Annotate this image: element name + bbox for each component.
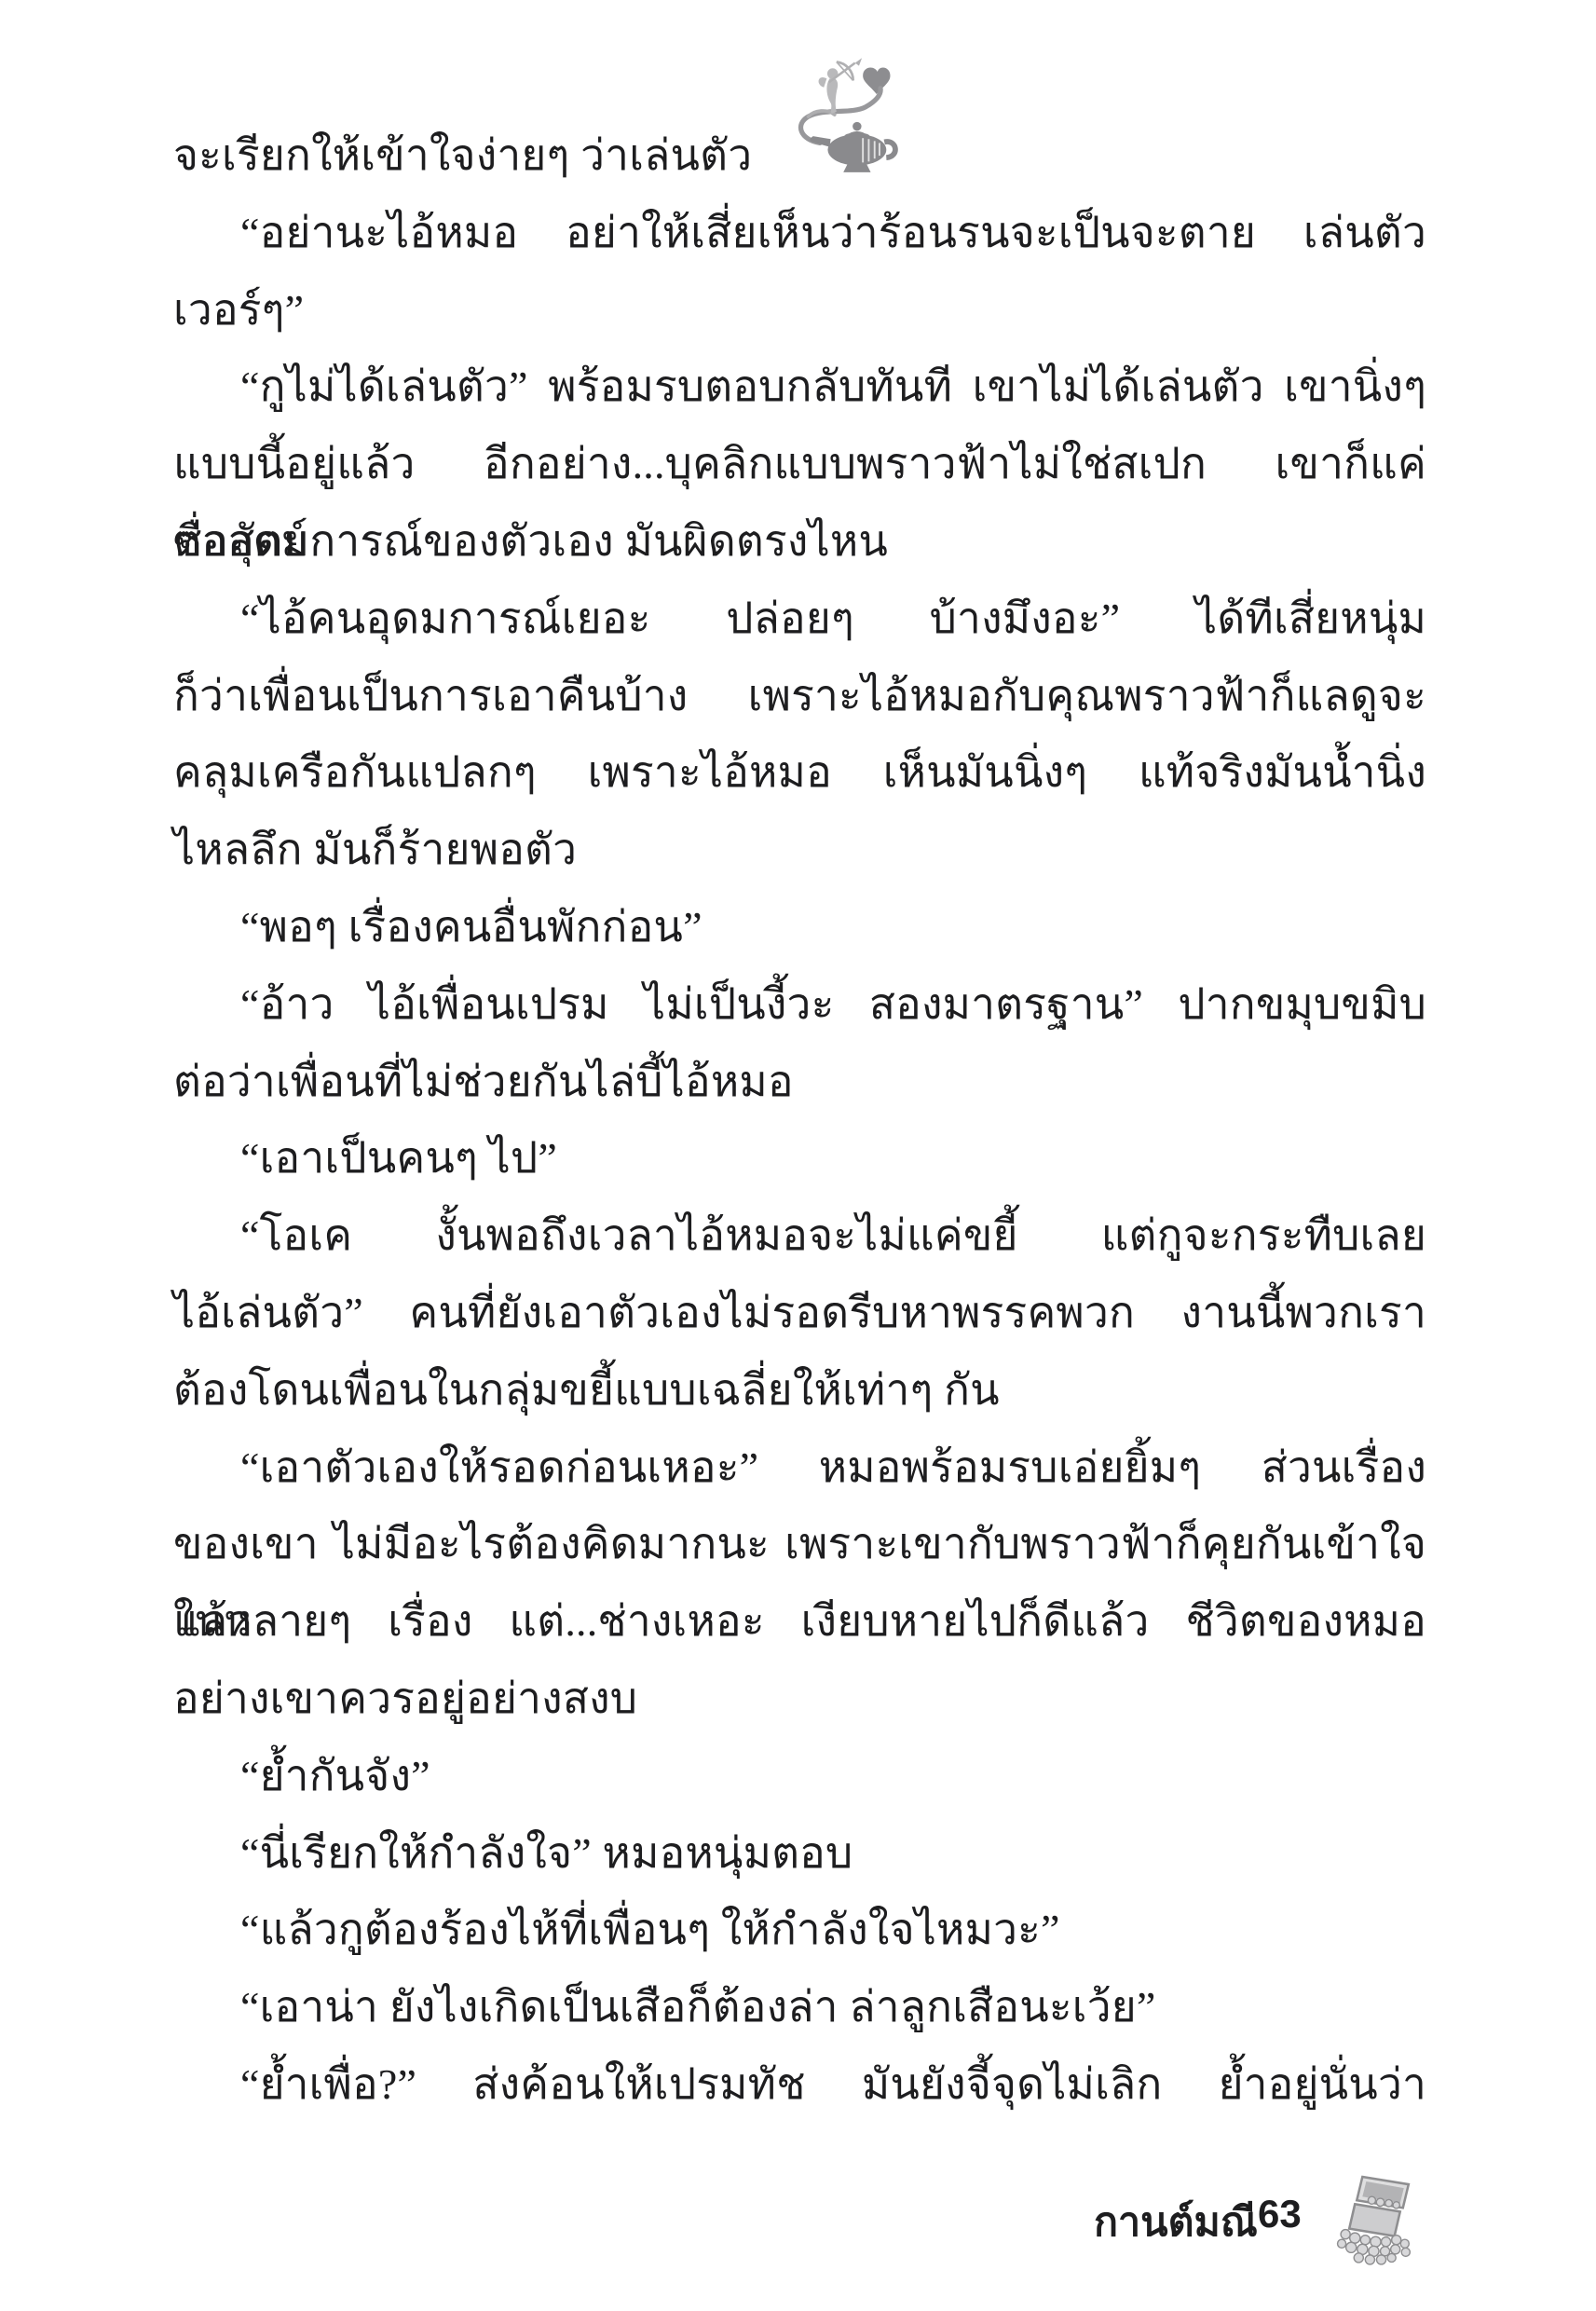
text-line-24: “แล้วกูต้องร้องไห้ที่เพื่อนๆ ให้กำลังใจไ…: [173, 1892, 1426, 1969]
text-line-7: “ไอ้คนอุดมการณ์เยอะ ปล่อยๆ บ้างมึงอะ” ได…: [173, 581, 1426, 658]
text-line-26: “ย้ำเพื่อ?” ส่งค้อนให้เปรมทัช มันยังจี้จ…: [173, 2046, 1426, 2124]
text-line-10: ไหลลึก มันก็ร้ายพอตัว: [173, 812, 1426, 889]
text-line-16: ไอ้เล่นตัว” คนที่ยังเอาตัวเองไม่รอดรีบหา…: [173, 1275, 1426, 1352]
heart-icon: [863, 68, 890, 95]
text-line-17: ต้องโดนเพื่อนในกลุ่มขยี้แบบเฉลี่ยให้เท่า…: [173, 1352, 1426, 1429]
text-line-23: “นี่เรียกให้กำลังใจ” หมอหนุ่มตอบ: [173, 1815, 1426, 1893]
text-line-8: ก็ว่าเพื่อนเป็นการเอาคืนบ้าง เพราะไอ้หมอ…: [173, 658, 1426, 735]
text-line-18: “เอาตัวเองให้รอดก่อนเหอะ” หมอพร้อมรบเอ่ย…: [173, 1429, 1426, 1507]
text-line-3: เวอร์ๆ”: [173, 272, 1426, 349]
cupid-icon: [819, 58, 863, 114]
treasure-chest-icon: [1334, 2171, 1424, 2272]
page-footer: กานต์มณี 63: [1071, 2169, 1435, 2277]
book-page: จะเรียกให้เข้าใจง่ายๆ ว่าเล่นตัว“อย่านะไ…: [0, 0, 1596, 2311]
text-line-5: แบบนี้อยู่แล้ว อีกอย่าง...บุคลิกแบบพราวฟ…: [173, 426, 1426, 503]
text-line-11: “พอๆ เรื่องคนอื่นพักก่อน”: [173, 889, 1426, 966]
text-line-1: จะเรียกให้เข้าใจง่ายๆ ว่าเล่นตัว: [173, 117, 1426, 195]
text-line-22: “ย้ำกันจัง”: [173, 1738, 1426, 1815]
book-title: กานต์มณี: [1094, 2190, 1258, 2253]
page-number: 63: [1258, 2192, 1302, 2236]
text-block: จะเรียกให้เข้าใจง่ายๆ ว่าเล่นตัว“อย่านะไ…: [173, 117, 1426, 2124]
text-line-19: ของเขา ไม่มีอะไรต้องคิดมากนะ เพราะเขากับ…: [173, 1506, 1426, 1583]
text-line-20: ในหลายๆ เรื่อง แต่...ช่างเหอะ เงียบหายไป…: [173, 1583, 1426, 1661]
text-line-6: ต่ออุดมการณ์ของตัวเอง มันผิดตรงไหน: [173, 503, 1426, 581]
text-line-2: “อย่านะไอ้หมอ อย่าให้เสี่ยเห็นว่าร้อนรนจ…: [173, 195, 1426, 272]
text-line-12: “อ้าว ไอ้เพื่อนเปรม ไม่เป็นงี้วะ สองมาตร…: [173, 966, 1426, 1044]
text-line-14: “เอาเป็นคนๆ ไป”: [173, 1120, 1426, 1197]
text-line-15: “โอเค งั้นพอถึงเวลาไอ้หมอจะไม่แค่ขยี้ แต…: [173, 1197, 1426, 1275]
text-line-21: อย่างเขาควรอยู่อย่างสงบ: [173, 1661, 1426, 1738]
text-line-13: ต่อว่าเพื่อนที่ไม่ช่วยกันไล่บี้ไอ้หมอ: [173, 1044, 1426, 1121]
text-line-9: คลุมเครือกันแปลกๆ เพราะไอ้หมอ เห็นมันนิ่…: [173, 734, 1426, 812]
text-line-25: “เอาน่า ยังไงเกิดเป็นเสือก็ต้องล่า ล่าลู…: [173, 1969, 1426, 2046]
text-line-4: “กูไม่ได้เล่นตัว” พร้อมรบตอบกลับทันที เข…: [173, 349, 1426, 426]
